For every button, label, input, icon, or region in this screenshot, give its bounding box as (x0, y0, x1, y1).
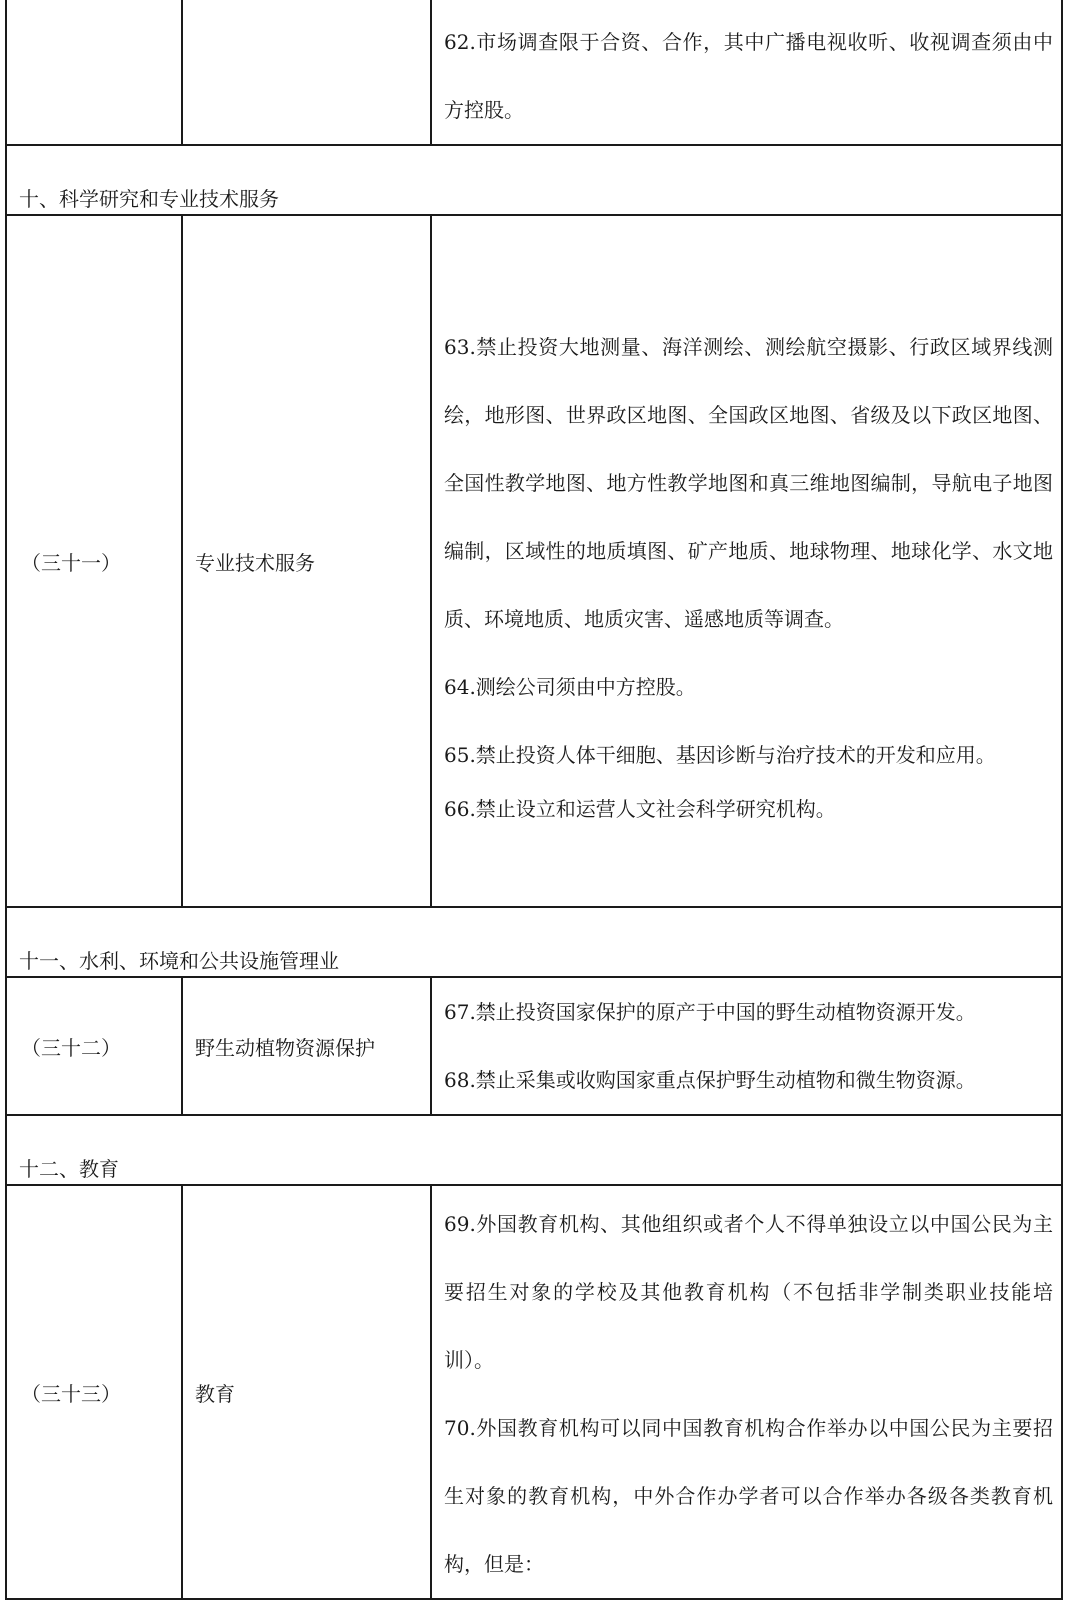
row-index: （三十三） (6, 1185, 182, 1599)
table-row: 62.市场调查限于合资、合作，其中广播电视收听、收视调查须由中方控股。 (6, 0, 1062, 145)
list-item: 70.外国教育机构可以同中国教育机构合作举办以中国公民为主要招生对象的教育机构，… (444, 1394, 1053, 1598)
section-title: 十二、教育 (6, 1115, 1062, 1185)
list-item: 63.禁止投资大地测量、海洋测绘、测绘航空摄影、行政区域界线测绘，地形图、世界政… (444, 313, 1053, 653)
row-category: 专业技术服务 (182, 215, 431, 907)
list-item: 67.禁止投资国家保护的原产于中国的野生动植物资源开发。 (444, 978, 1053, 1046)
section-header-row: 十、科学研究和专业技术服务 (6, 145, 1062, 215)
section-header-row: 十二、教育 (6, 1115, 1062, 1185)
row-category (182, 0, 431, 145)
list-item: 64.测绘公司须由中方控股。 (444, 653, 1053, 721)
row-items: 63.禁止投资大地测量、海洋测绘、测绘航空摄影、行政区域界线测绘，地形图、世界政… (431, 215, 1062, 907)
section-title: 十一、水利、环境和公共设施管理业 (6, 907, 1062, 977)
row-category: 教育 (182, 1185, 431, 1599)
table-row: （三十三） 教育 69.外国教育机构、其他组织或者个人不得单独设立以中国公民为主… (6, 1185, 1062, 1599)
row-category: 野生动植物资源保护 (182, 977, 431, 1115)
section-title: 十、科学研究和专业技术服务 (6, 145, 1062, 215)
list-item: 66.禁止设立和运营人文社会科学研究机构。 (444, 789, 1053, 829)
list-item: 62.市场调查限于合资、合作，其中广播电视收听、收视调查须由中方控股。 (444, 8, 1053, 144)
list-item: 65.禁止投资人体干细胞、基因诊断与治疗技术的开发和应用。 (444, 721, 1053, 789)
section-header-row: 十一、水利、环境和公共设施管理业 (6, 907, 1062, 977)
row-index (6, 0, 182, 145)
list-item: 68.禁止采集或收购国家重点保护野生动植物和微生物资源。 (444, 1046, 1053, 1114)
row-index: （三十一） (6, 215, 182, 907)
row-items: 69.外国教育机构、其他组织或者个人不得单独设立以中国公民为主要招生对象的学校及… (431, 1185, 1062, 1599)
row-index: （三十二） (6, 977, 182, 1115)
list-item: 69.外国教育机构、其他组织或者个人不得单独设立以中国公民为主要招生对象的学校及… (444, 1190, 1053, 1394)
table-row: （三十一） 专业技术服务 63.禁止投资大地测量、海洋测绘、测绘航空摄影、行政区… (6, 215, 1062, 907)
table-row: （三十二） 野生动植物资源保护 67.禁止投资国家保护的原产于中国的野生动植物资… (6, 977, 1062, 1115)
row-items: 62.市场调查限于合资、合作，其中广播电视收听、收视调查须由中方控股。 (431, 0, 1062, 145)
negative-list-table: 62.市场调查限于合资、合作，其中广播电视收听、收视调查须由中方控股。 十、科学… (5, 0, 1063, 1600)
row-items: 67.禁止投资国家保护的原产于中国的野生动植物资源开发。 68.禁止采集或收购国… (431, 977, 1062, 1115)
